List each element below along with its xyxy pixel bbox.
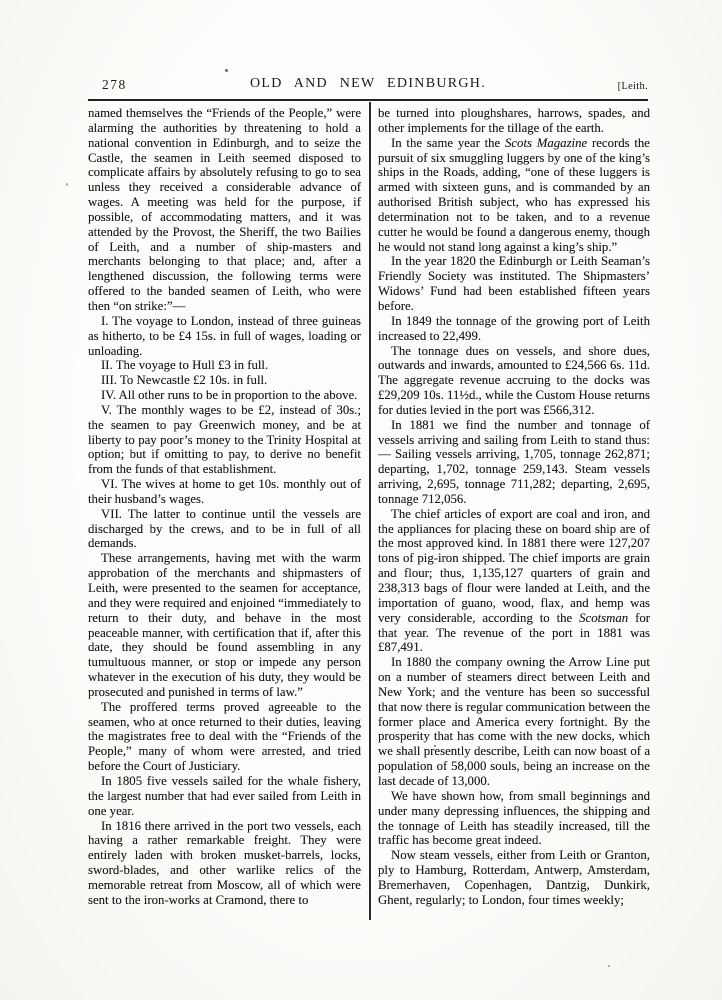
text-segment: be turned into ploughshares, harrows, sp…: [378, 106, 650, 135]
header-rule: [88, 99, 648, 101]
text-segment: In 1816 there arrived in the port two ve…: [88, 819, 361, 907]
page-title: OLD AND NEW EDINBURGH.: [88, 76, 648, 92]
paragraph: VII. The latter to continue until the ve…: [88, 507, 361, 552]
paragraph: In 1849 the tonnage of the growing port …: [378, 314, 650, 344]
italic-text-segment: Scots Magazine: [505, 136, 587, 150]
paragraph: The tonnage dues on vessels, and shore d…: [378, 344, 650, 418]
paragraph: The chief articles of export are coal an…: [378, 507, 650, 655]
running-head: [Leith.: [618, 81, 648, 92]
text-segment: VI. The wives at home to get 10s. monthl…: [88, 477, 361, 506]
paragraph: In the year 1820 the Edinburgh or Leith …: [378, 254, 650, 313]
paragraph: We have shown how, from small beginnings…: [378, 789, 650, 848]
scan-speck: [66, 183, 68, 186]
paragraph: VI. The wives at home to get 10s. monthl…: [88, 477, 361, 507]
paragraph: In 1816 there arrived in the port two ve…: [88, 819, 361, 908]
paragraph: II. The voyage to Hull £3 in full.: [88, 358, 361, 373]
text-segment: named themselves the “Friends of the Peo…: [88, 106, 361, 313]
paragraph: IV. All other runs to be in proportion t…: [88, 388, 361, 403]
text-segment: The tonnage dues on vessels, and shore d…: [378, 344, 650, 417]
left-column: named themselves the “Friends of the Peo…: [88, 106, 361, 908]
text-segment: records the pursuit of six smuggling lug…: [378, 136, 650, 254]
paragraph: In 1881 we find the number and tonnage o…: [378, 418, 650, 507]
text-segment: In 1881 we find the number and tonnage o…: [378, 418, 650, 506]
text-segment: In 1880 the company owning the Arrow Lin…: [378, 655, 650, 788]
paragraph: I. The voyage to London, instead of thre…: [88, 314, 361, 359]
paragraph: be turned into ploughshares, harrows, sp…: [378, 106, 650, 136]
paragraph: V. The monthly wages to be £2, instead o…: [88, 403, 361, 477]
scan-speck: [434, 745, 436, 747]
text-segment: III. To Newcastle £2 10s. in full.: [101, 373, 267, 387]
right-column: be turned into ploughshares, harrows, sp…: [378, 106, 650, 908]
text-segment: The proffered terms proved agreeable to …: [88, 700, 361, 773]
text-segment: I. The voyage to London, instead of thre…: [88, 314, 361, 358]
text-segment: We have shown how, from small beginnings…: [378, 789, 650, 848]
paragraph: In the same year the Scots Magazine reco…: [378, 136, 650, 255]
scan-speck: [225, 69, 228, 72]
italic-text-segment: Scotsman: [579, 611, 628, 625]
text-segment: IV. All other runs to be in proportion t…: [101, 388, 357, 402]
paragraph: In 1880 the company owning the Arrow Lin…: [378, 655, 650, 789]
text-segment: V. The monthly wages to be £2, instead o…: [88, 403, 361, 476]
column-divider-rule: [369, 102, 371, 920]
text-segment: VII. The latter to continue until the ve…: [88, 507, 361, 551]
paragraph: The proffered terms proved agreeable to …: [88, 700, 361, 774]
text-segment: II. The voyage to Hull £3 in full.: [101, 358, 268, 372]
paragraph: In 1805 five vessels sailed for the whal…: [88, 774, 361, 819]
scan-speck: [608, 965, 610, 967]
paragraph: These arrangements, having met with the …: [88, 551, 361, 699]
text-segment: In 1805 five vessels sailed for the whal…: [88, 774, 361, 818]
text-segment: Now steam vessels, either from Leith or …: [378, 848, 650, 907]
paragraph: named themselves the “Friends of the Peo…: [88, 106, 361, 314]
paragraph: III. To Newcastle £2 10s. in full.: [88, 373, 361, 388]
text-segment: In the year 1820 the Edinburgh or Leith …: [378, 254, 650, 313]
text-segment: These arrangements, having met with the …: [88, 551, 361, 699]
book-page: OLD AND NEW EDINBURGH. 278 [Leith. named…: [0, 0, 722, 1000]
page-number: 278: [102, 77, 127, 93]
text-segment: In the same year the: [391, 136, 505, 150]
paragraph: Now steam vessels, either from Leith or …: [378, 848, 650, 907]
text-segment: In 1849 the tonnage of the growing port …: [378, 314, 650, 343]
text-segment: The chief articles of export are coal an…: [378, 507, 650, 625]
